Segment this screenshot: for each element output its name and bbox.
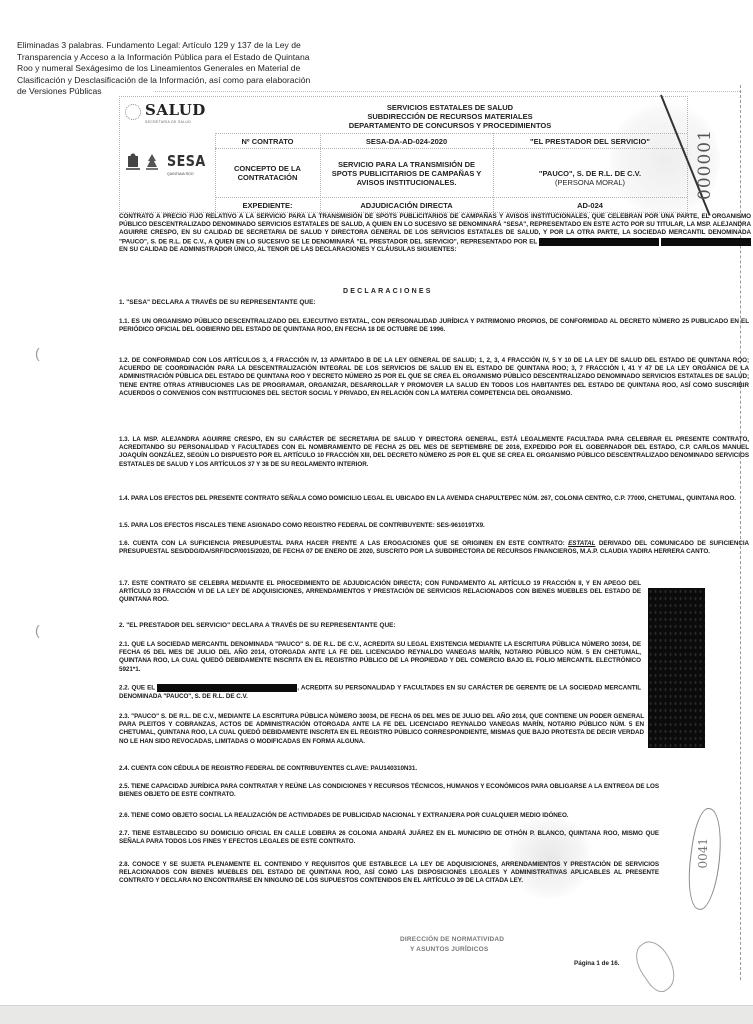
mexico-emblem-icon [125, 104, 141, 120]
concept-label: CONCEPTO DE LA CONTRATACIÓN [215, 149, 320, 197]
contract-header-table: SALUD SECRETARÍA DE SALUD SESA QUINTANA … [119, 96, 688, 213]
signature-mark [628, 936, 684, 997]
provider-label: "EL PRESTADOR DEL SERVICIO" [493, 134, 687, 148]
department-heading: SERVICIOS ESTATALES DE SALUD SUBDIRECCIÓ… [215, 99, 685, 133]
punch-hole-mark: ( [35, 345, 40, 361]
clause-2-2: 2.2. QUE EL , ACREDITA SU PERSONALIDAD Y… [119, 684, 641, 701]
expediente-label: EXPEDIENTE: [215, 198, 320, 212]
punch-hole-mark: ( [35, 622, 40, 638]
redaction-notice: Eliminadas 3 palabras. Fundamento Legal:… [17, 40, 317, 98]
clause-2-3: 2.3. "PAUCO" S. DE R.L. DE C.V., MEDIANT… [119, 713, 644, 746]
redacted-name [661, 238, 751, 246]
sesa-logo: SESA QUINTANA ROO [123, 152, 215, 182]
redacted-name [539, 238, 659, 246]
clause-1-3: 1.3. LA MSP. ALEJANDRA AGUIRRE CRESPO, E… [119, 436, 749, 469]
clause-1-2: 1.2. DE CONFORMIDAD CON LOS ARTÍCULOS 3,… [119, 357, 749, 398]
contract-number-label: Nº CONTRATO [215, 134, 320, 148]
section-2-heading: 2. "EL PRESTADOR DEL SERVICIO" DECLARA A… [119, 622, 396, 629]
official-seal-2 [505, 815, 595, 900]
clause-1-4: 1.4. PARA LOS EFECTOS DEL PRESENTE CONTR… [119, 495, 749, 503]
clause-1-7: 1.7. ESTE CONTRATO SE CELEBRA MEDIANTE E… [119, 580, 641, 605]
clause-2-5: 2.5. TIENE CAPACIDAD JURÍDICA PARA CONTR… [119, 783, 659, 799]
folio-stamp-2: 0041 [696, 838, 710, 869]
clause-1-1: 1.1. ES UN ORGANISMO PÚBLICO DESCENTRALI… [119, 318, 749, 334]
contract-intro: CONTRATO A PRECIO FIJO RELATIVO A LA SER… [119, 213, 751, 255]
folio-stamp: 000001 [695, 120, 717, 200]
clause-2-1: 2.1. QUE LA SOCIEDAD MERCANTIL DENOMINAD… [119, 641, 641, 674]
section-1-heading: 1. "SESA" DECLARA A TRAVÉS DE SU REPRESE… [119, 299, 316, 306]
government-emblem-icon [145, 153, 159, 171]
concept-value: SERVICIO PARA LA TRANSMISIÓN DE SPOTS PU… [320, 149, 493, 197]
scan-edge-line [155, 91, 740, 92]
contract-number-value: SESA-DA-AD-024-2020 [320, 134, 493, 148]
expediente-value: ADJUDICACIÓN DIRECTA [320, 198, 493, 212]
clause-2-4: 2.4. CUENTA CON CÉDULA DE REGISTRO FEDER… [119, 765, 749, 773]
salud-logo: SALUD SECRETARÍA DE SALUD [123, 101, 213, 131]
redacted-name [157, 684, 297, 692]
declarations-title: DECLARACIONES [343, 288, 433, 295]
quintana-roo-shield-icon [126, 153, 140, 171]
page-number: Página 1 de 16. [574, 960, 620, 967]
clause-1-6: 1.6. CUENTA CON LA SUFICIENCIA PRESUPUES… [119, 540, 749, 556]
clause-2-6: 2.6. TIENE COMO OBJETO SOCIAL LA REALIZA… [119, 812, 659, 820]
expediente-code: AD-024 [493, 198, 687, 212]
redacted-signature-block [648, 588, 705, 748]
provider-value: "PAUCO", S. DE R.L. DE C.V. (PERSONA MOR… [493, 149, 687, 197]
clause-2-8: 2.8. CONOCE Y SE SUJETA PLENAMENTE EL CO… [119, 861, 659, 886]
clause-1-5: 1.5. PARA LOS EFECTOS FISCALES TIENE ASI… [119, 522, 749, 530]
legal-department-stamp: DIRECCIÓN DE NORMATIVIDAD Y ASUNTOS JURÍ… [400, 935, 504, 955]
scan-bottom-edge [0, 1005, 753, 1024]
clause-2-7: 2.7. TIENE ESTABLECIDO SU DOMICILIO OFIC… [119, 830, 659, 846]
